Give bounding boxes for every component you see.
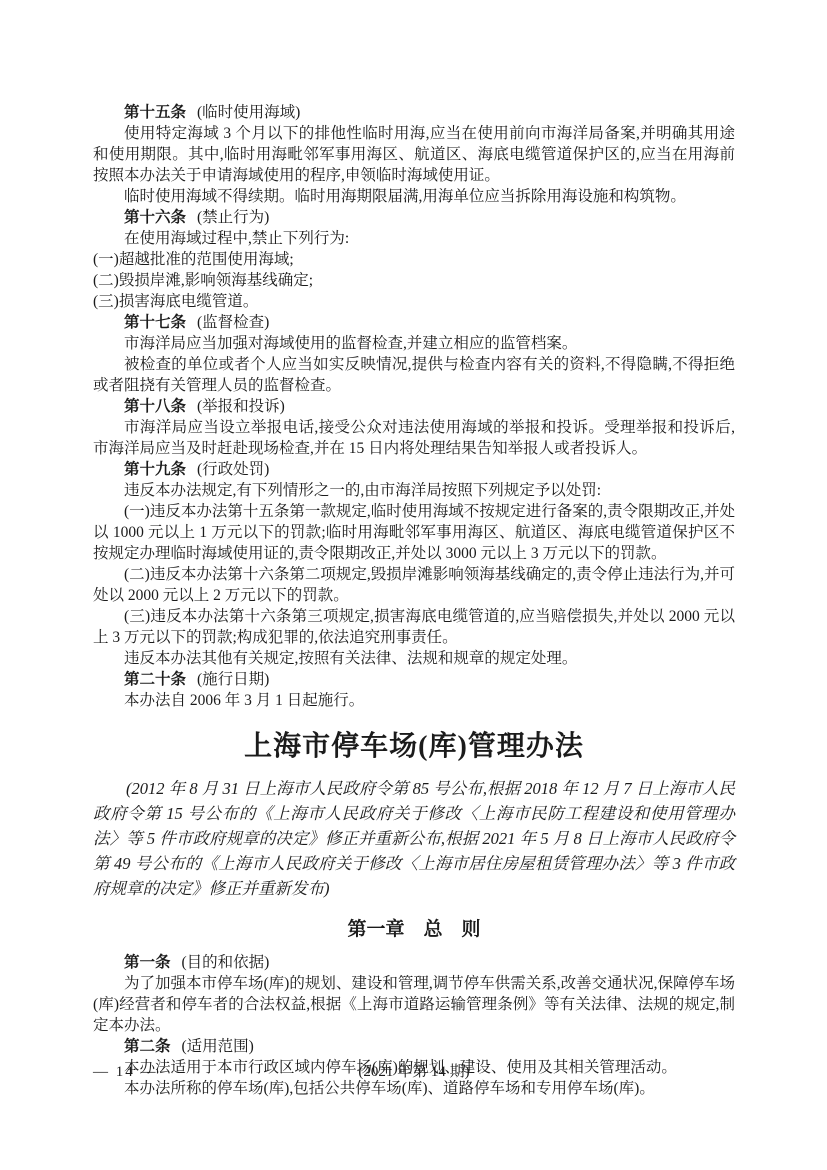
article-17-label: 第十七条 [124, 314, 186, 331]
article-17-title: (监督检查) [197, 314, 269, 331]
article-17-paragraph-2: 被检查的单位或者个人应当如实反映情况,提供与检查内容有关的资料,不得隐瞒,不得拒… [93, 354, 735, 396]
sea-use-regulation-section: 第十五条(临时使用海域) 使用特定海域 3 个月以下的排他性临时用海,应当在使用… [93, 102, 735, 711]
parking-measures-section: 上海市停车场(库)管理办法 (2012 年 8 月 31 日上海市人民政府令第 … [93, 730, 735, 1099]
article-20-title: (施行日期) [197, 671, 269, 688]
article-19-label: 第十九条 [124, 461, 186, 478]
article-2-title: (适用范围) [182, 1038, 254, 1055]
article-19-heading: 第十九条(行政处罚) [93, 459, 735, 480]
page-number: — 14 — [93, 1062, 158, 1082]
article-18-heading: 第十八条(举报和投诉) [93, 396, 735, 417]
article-20-paragraph-1: 本办法自 2006 年 3 月 1 日起施行。 [93, 690, 735, 711]
article-20-heading: 第二十条(施行日期) [93, 669, 735, 690]
page-footer: — 14 — (2021 年第 14 期) [93, 1062, 735, 1082]
article-19-item-3: (三)违反本办法第十六条第三项规定,损害海底电缆管道的,应当赔偿损失,并处以 2… [93, 606, 735, 648]
article-17-heading: 第十七条(监督检查) [93, 312, 735, 333]
article-1-title: (目的和依据) [182, 954, 270, 971]
article-16-heading: 第十六条(禁止行为) [93, 207, 735, 228]
article-19-item-2: (二)违反本办法第十六条第二项规定,毁损岸滩影响领海基线确定的,责令停止违法行为… [93, 564, 735, 606]
article-18-label: 第十八条 [124, 398, 186, 415]
article-16-item-2: (二)毁损岸滩,影响领海基线确定; [93, 270, 735, 291]
article-18-title: (举报和投诉) [197, 398, 285, 415]
article-15-paragraph-1: 使用特定海域 3 个月以下的排他性临时用海,应当在使用前向市海洋局备案,并明确其… [93, 123, 735, 186]
article-2-label: 第二条 [124, 1038, 171, 1055]
promulgation-note: (2012 年 8 月 31 日上海市人民政府令第 85 号公布,根据 2018… [93, 776, 735, 901]
article-18-paragraph-1: 市海洋局应当设立举报电话,接受公众对违法使用海域的举报和投诉。受理举报和投诉后,… [93, 417, 735, 459]
article-15-title: (临时使用海域) [197, 104, 300, 121]
article-17-paragraph-1: 市海洋局应当加强对海域使用的监督检查,并建立相应的监管档案。 [93, 333, 735, 354]
article-15-heading: 第十五条(临时使用海域) [93, 102, 735, 123]
article-19-closing: 违反本办法其他有关规定,按照有关法律、法规和规章的规定处理。 [93, 648, 735, 669]
article-19-intro: 违反本办法规定,有下列情形之一的,由市海洋局按照下列规定予以处罚: [93, 480, 735, 501]
article-15-paragraph-2: 临时使用海域不得续期。临时用海期限届满,用海单位应当拆除用海设施和构筑物。 [93, 186, 735, 207]
article-16-label: 第十六条 [124, 209, 186, 226]
article-1-heading: 第一条(目的和依据) [93, 952, 735, 973]
article-16-title: (禁止行为) [197, 209, 269, 226]
article-15-label: 第十五条 [124, 104, 186, 121]
article-16-item-1: (一)超越批准的范围使用海域; [93, 249, 735, 270]
chapter-1-heading: 第一章 总 则 [93, 918, 735, 942]
document-page: 第十五条(临时使用海域) 使用特定海域 3 个月以下的排他性临时用海,应当在使用… [0, 0, 827, 1170]
article-2-heading: 第二条(适用范围) [93, 1036, 735, 1057]
article-16-intro: 在使用海域过程中,禁止下列行为: [93, 228, 735, 249]
article-19-title: (行政处罚) [197, 461, 269, 478]
article-19-item-1: (一)违反本办法第十五条第一款规定,临时使用海域不按规定进行备案的,责令限期改正… [93, 501, 735, 564]
article-1-label: 第一条 [124, 954, 171, 971]
article-1-paragraph-1: 为了加强本市停车场(库)的规划、建设和管理,调节停车供需关系,改善交通状况,保障… [93, 973, 735, 1036]
issue-label: (2021 年第 14 期) [358, 1064, 469, 1080]
article-20-label: 第二十条 [124, 671, 186, 688]
parking-measures-title: 上海市停车场(库)管理办法 [93, 730, 735, 764]
article-16-item-3: (三)损害海底电缆管道。 [93, 291, 735, 312]
